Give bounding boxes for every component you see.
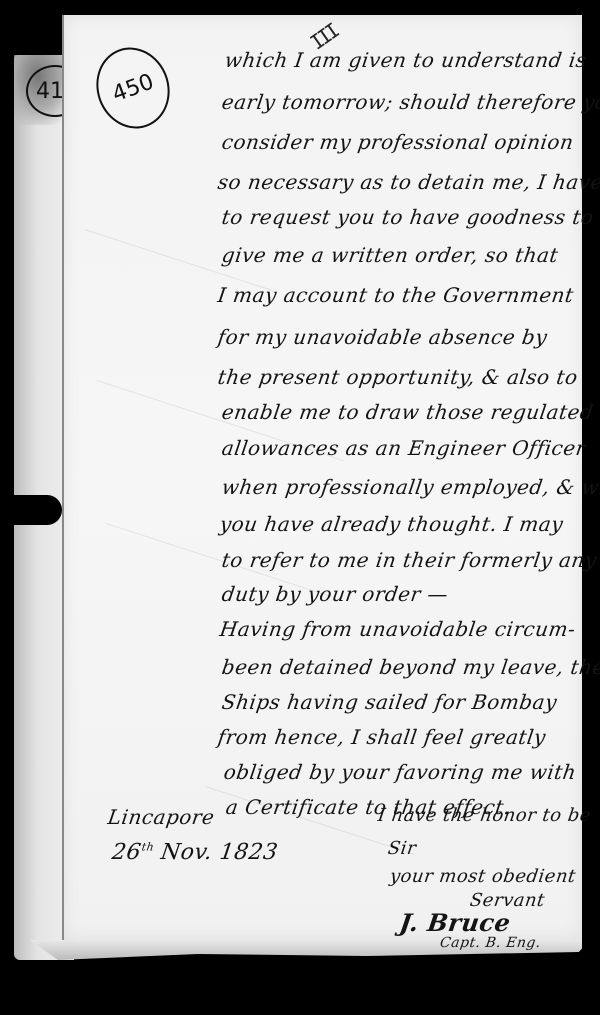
body-line: give me a written order, so that [220,243,560,267]
place-name: Lincapore [106,805,216,829]
body-line: Having from unavoidable circum- [218,617,577,641]
body-line: obliged by your favoring me with [222,760,578,784]
body-line: when professionally employed, & which [220,475,600,499]
closing-line: your most obedient [389,866,578,887]
body-line: duty by your order — [220,582,450,606]
body-line: the present opportunity, & also to [216,365,579,389]
body-line: I may account to the Government [216,283,575,307]
body-line: for my unavoidable absence by [216,325,549,349]
body-line: you have already thought. I may [218,512,565,536]
signature-title: Capt. B. Eng. [439,935,542,951]
signature-name: J. Bruce [398,908,513,937]
date-suffix: th [141,841,155,854]
body-line: so necessary as to detain me, I have [216,170,600,194]
body-line: allowances as an Engineer Officer [220,436,587,460]
date: 26th Nov. 1823 [110,840,279,865]
previous-folio-number: 41 [36,79,64,104]
body-line: enable me to draw those regulated [220,400,595,424]
closing-line: Sir [387,838,418,859]
date-month: Nov. [159,840,214,865]
body-line: been detained beyond my leave, the [220,655,600,679]
body-line: to request you to have goodness to [220,205,595,229]
body-line: from hence, I shall feel greatly [216,725,547,749]
page-left-edge [62,15,64,940]
closing-line: I have the honor to be [377,805,593,826]
body-line: Ships having sailed for Bombay [220,690,558,714]
body-line: consider my professional opinion [220,130,575,154]
folio-number: 450 [109,69,157,107]
binding-tab [0,495,62,525]
date-day: 26 [110,840,143,865]
body-line: early tomorrow; should therefore you [220,90,600,114]
date-year: 1823 [218,840,280,865]
body-line: which I am given to understand is [223,48,588,72]
body-line: to refer to me in their formerly any [220,548,598,572]
